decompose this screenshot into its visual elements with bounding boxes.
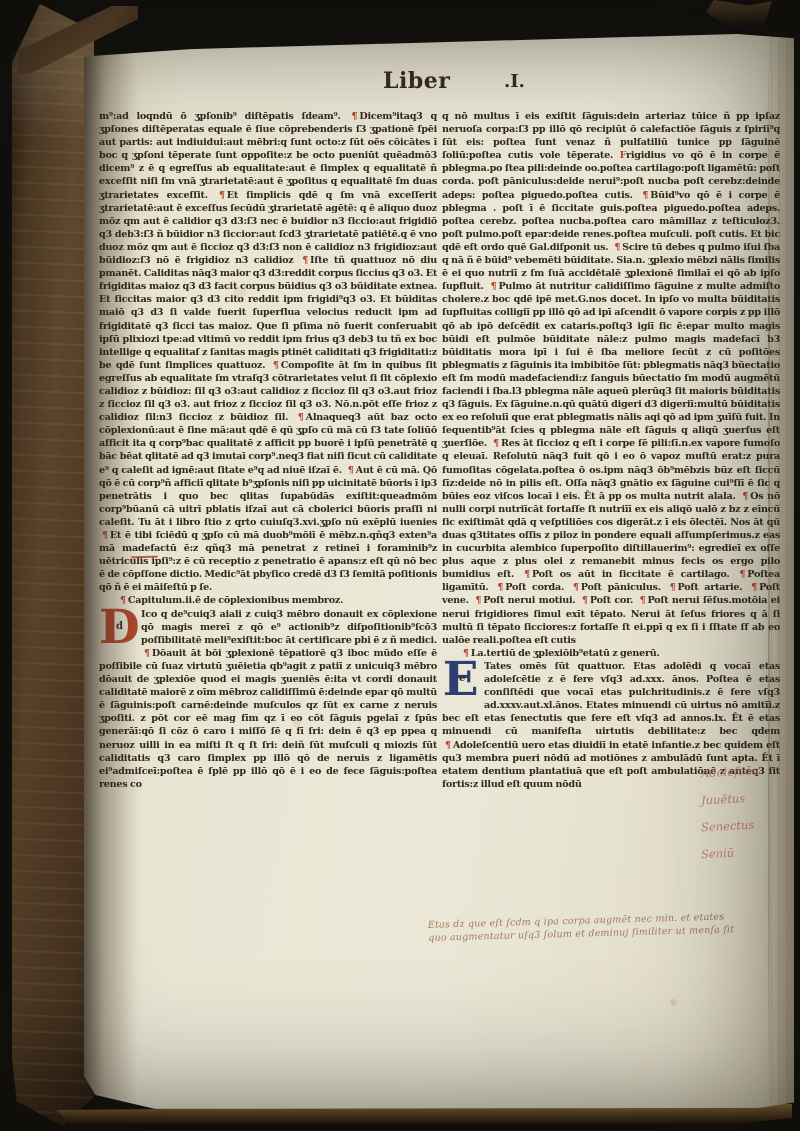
pilcrow-mark: ¶ [99,530,110,541]
text-block: DdIco q de⁹cuiq3 aiali z cuiq3 mēbro don… [99,608,437,791]
margin-note: Seniū [700,837,791,869]
text-column-left: m⁹:ad loqndū ō ʒpſonib⁹ diſtēpatis ſdeam… [99,110,437,912]
running-head: Liber .I. [84,68,794,94]
drop-cap-initial-D: Dd [99,609,136,648]
pilcrow-mark: ¶ [639,190,650,201]
pilcrow-mark: ¶ [488,281,499,292]
folio-numeral: .I. [504,71,525,92]
pilcrow-mark: ¶ [521,569,532,580]
chapter-heading: ¶La.tertiū de ʒplexiōib⁹etatū z generū. [442,647,780,660]
drop-cap-initial-E: Ee [442,661,479,700]
pilcrow-mark: ¶ [472,595,483,606]
pilcrow-mark: ¶ [345,465,356,476]
pilcrow-mark: ¶ [736,569,747,580]
pilcrow-mark: ¶ [295,412,306,423]
leather-fragment-top-right [706,0,772,30]
pilcrow-mark: ¶ [570,582,581,593]
leather-wear-texture [12,4,94,1126]
guide-letter: e [459,674,465,684]
pilcrow-mark: ¶ [270,360,281,371]
book-page: Liber .I. m⁹:ad loqndū ō ʒpſonib⁹ diſtēp… [84,34,794,1110]
text-block: m⁹:ad loqndū ō ʒpſonib⁹ diſtēpatis ſdeam… [99,110,437,594]
pilcrow-mark: ¶ [748,582,759,593]
pilcrow-mark: ¶ [299,255,310,266]
text-block: q nō multus ī eis exiſtit ſāguis:dein ar… [442,110,780,647]
pilcrow-mark: ¶ [216,190,227,201]
pilcrow-mark: ¶ [141,648,152,659]
pilcrow-mark: ¶ [442,740,453,751]
pilcrow-mark: ¶ [667,582,678,593]
pilcrow-mark: ¶ [579,595,590,606]
pilcrow-mark: ¶ [494,582,505,593]
chapter-heading: ¶Capitulum.ii.ē de cōplexionibus membroz… [99,594,437,607]
pilcrow-mark: ¶ [490,438,501,449]
rubricated-letter: F [620,150,626,161]
page-title-liber: Liber [383,68,450,94]
margin-notes: AdoleſcēaJuuētusSenectusSeniū [701,758,791,866]
leather-binding-spine [12,4,94,1126]
book-photo: { "photo": { "header": { "book_title": "… [0,0,800,1131]
pilcrow-mark: ¶ [637,595,648,606]
pilcrow-mark: ¶ [739,491,750,502]
guide-letter: d [116,622,123,632]
pilcrow-mark: ¶ [611,242,622,253]
pilcrow-mark: ¶ [349,111,360,122]
bottom-manuscript-annotation: Etas dz que eſt ſcdm q ipa corpa augmēt … [428,909,774,945]
